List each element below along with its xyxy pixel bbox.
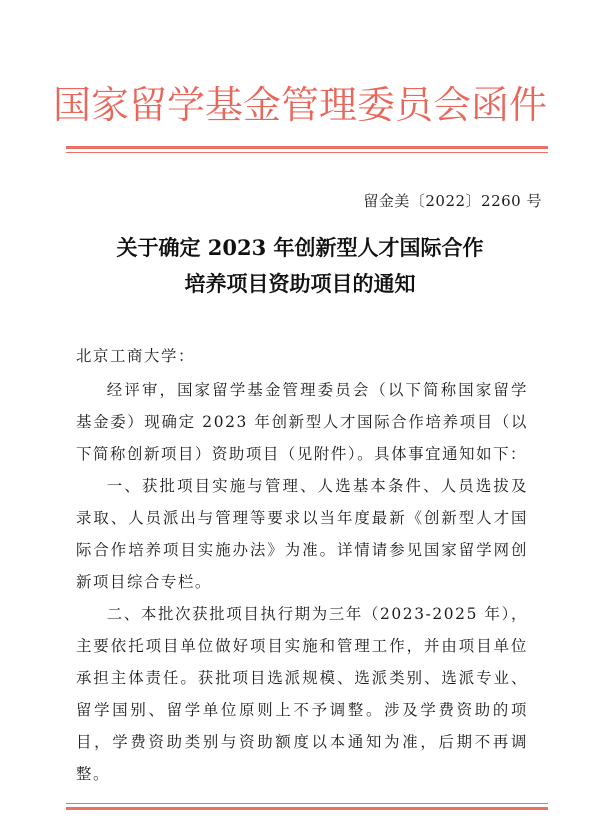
salutation: 北京工商大学： [76,340,528,372]
paragraph-intro: 经评审，国家留学基金管理委员会（以下简称国家留学基金委）现确定 2023 年创新… [76,374,528,470]
letterhead-title: 国家留学基金管理委员会函件 [0,80,600,130]
document-body: 北京工商大学： 经评审，国家留学基金管理委员会（以下简称国家留学基金委）现确定 … [76,340,528,790]
divider-thick-line [66,807,548,810]
document-title-line-1: 关于确定 2023 年创新型人才国际合作 [0,230,600,266]
divider-thin-line [66,152,548,153]
document-title-line-2: 培养项目资助项目的通知 [0,266,600,302]
document-number: 留金美〔2022〕2260 号 [363,190,542,212]
document-title: 关于确定 2023 年创新型人才国际合作 培养项目资助项目的通知 [0,230,600,302]
paragraph-item-2: 二、本批次获批项目执行期为三年（2023-2025 年），主要依托项目单位做好项… [76,598,528,790]
footer-divider [66,803,548,810]
paragraph-item-1: 一、获批项目实施与管理、人选基本条件、人员选拔及录取、人员派出与管理等要求以当年… [76,470,528,598]
letterhead-divider [66,146,548,153]
